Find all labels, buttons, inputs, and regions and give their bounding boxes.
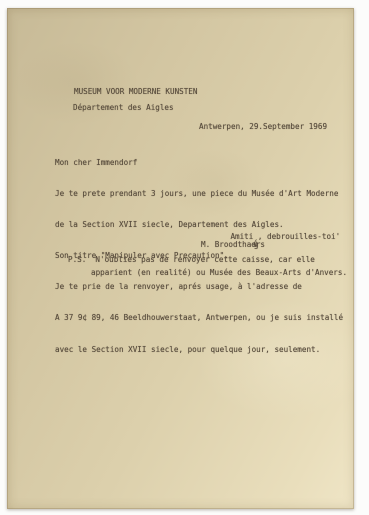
- date-line: Antwerpen, 29.September 1969: [199, 122, 327, 131]
- postscript-line-1: P.S. N'oublies pas de renvoyer cette cai…: [68, 255, 315, 264]
- body-line: Je te prie de la renvoyer, aprés usage, …: [55, 282, 343, 295]
- body-line-salutation: Mon cher Immendorf: [55, 158, 343, 171]
- letterhead-department: Département des Aigles: [73, 103, 174, 112]
- closing-text-post: , debrouilles-toi': [258, 232, 340, 241]
- photo-background: MUSEUM VOOR MODERNE KUNSTEN Département …: [0, 0, 369, 515]
- body-line: A 37 9¢ 89, 46 Beeldhouwerstaat, Antwerp…: [55, 313, 343, 326]
- signature-line: M. Broodthaers: [201, 240, 265, 249]
- letterhead-museum-name: MUSEUM VOOR MODERNE KUNSTEN: [74, 87, 197, 96]
- letter-paper-sheet: MUSEUM VOOR MODERNE KUNSTEN Département …: [7, 8, 354, 509]
- postscript-line-2: apparient (en realité) ou Musée des Beau…: [91, 268, 347, 277]
- body-line: Je te prete prendant 3 jours, une piece …: [55, 189, 343, 202]
- body-line: avec le Section XVII siecle, pour quelqu…: [55, 345, 343, 358]
